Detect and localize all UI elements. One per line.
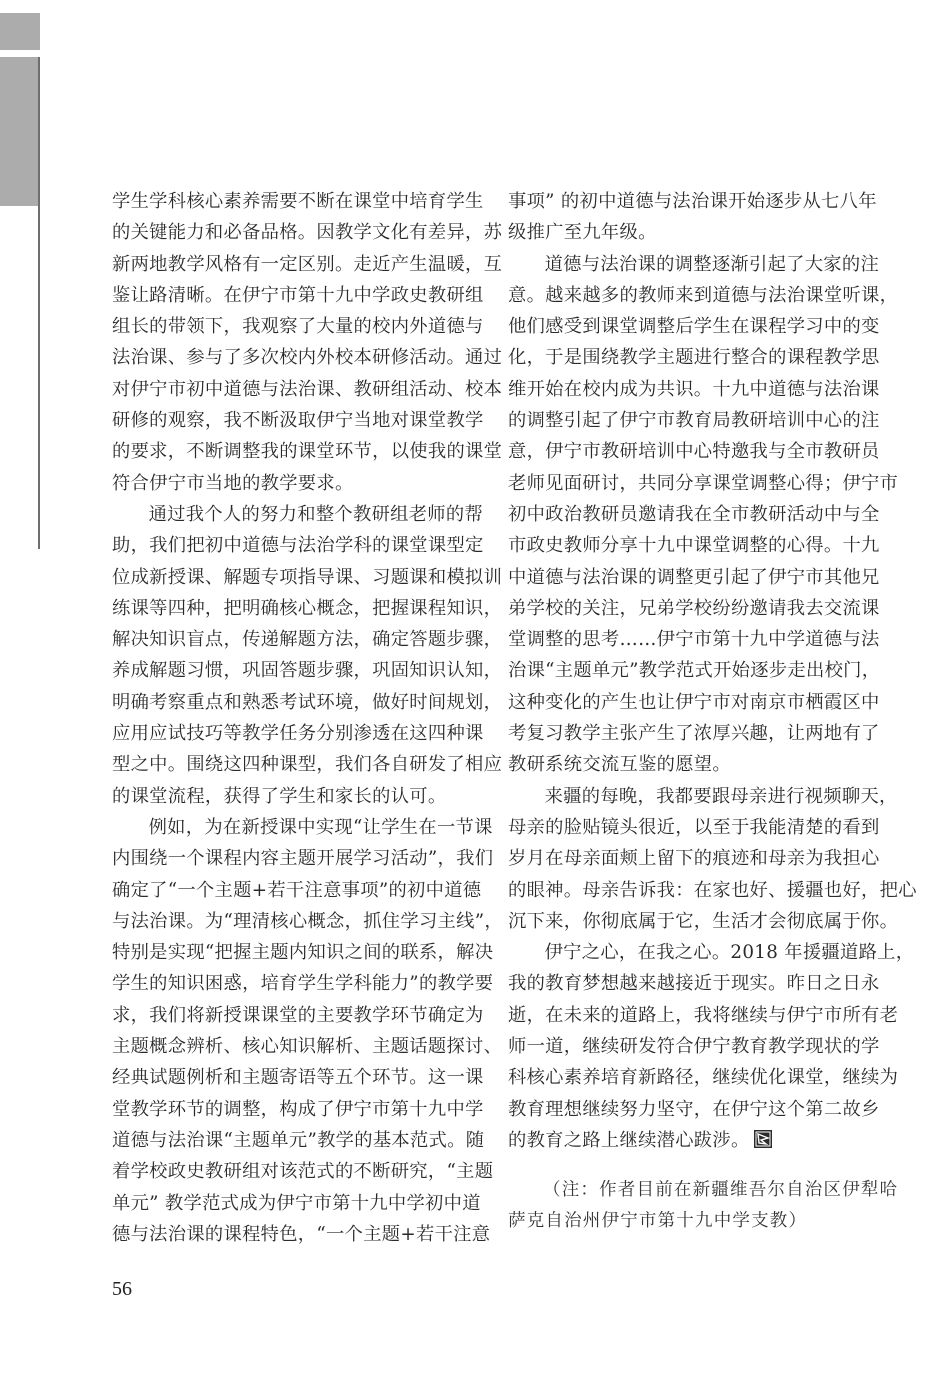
- final-text: 的教育之路上继续潜心跋涉。: [508, 1130, 750, 1151]
- text-line: 岁月在母亲面颊上留下的痕迹和母亲为我担心: [508, 843, 870, 874]
- text-line: 练课等四种，把明确核心概念，把握课程知识，: [112, 593, 474, 624]
- text-line: 初中政治教研员邀请我在全市教研活动中与全: [508, 499, 870, 530]
- text-line: 组长的带领下，我观察了大量的校内外道德与: [112, 311, 474, 342]
- text-line: 科核心素养培育新路径，继续优化课堂，继续为: [508, 1062, 870, 1093]
- text-line: 弟学校的关注，兄弟学校纷纷邀请我去交流课: [508, 593, 870, 624]
- text-line: 学生的知识困惑，培育学生学科能力”的教学要: [112, 968, 474, 999]
- text-line: 位成新授课、解题专项指导课、习题课和模拟训: [112, 562, 474, 593]
- paragraph-7: 伊宁之心，在我之心。2018 年援疆道路上， 我的教育梦想越来越接近于现实。昨日…: [508, 937, 870, 1156]
- text-line: 主题概念辨析、核心知识解析、主题话题探讨、: [112, 1031, 474, 1062]
- text-line: 德与法治课的课程特色，“一个主题+若干注意: [112, 1219, 474, 1250]
- text-line: 通过我个人的努力和整个教研组老师的帮: [112, 499, 474, 530]
- paragraph-2: 通过我个人的努力和整个教研组老师的帮 助，我们把初中道德与法治学科的课堂课型定 …: [112, 499, 474, 812]
- text-line: 这种变化的产生也让伊宁市对南京市栖霞区中: [508, 687, 870, 718]
- text-line: 法治课、参与了多次校内外校本研修活动。通过: [112, 342, 474, 373]
- text-line: 考复习教学主张产生了浓厚兴趣，让两地有了: [508, 718, 870, 749]
- text-line: 逝，在未来的道路上，我将继续与伊宁市所有老: [508, 1000, 870, 1031]
- text-line: 应用应试技巧等教学任务分别渗透在这四种课: [112, 718, 474, 749]
- text-line: 市政史教师分享十九中课堂调整的心得。十九: [508, 530, 870, 561]
- text-line: 教育理想继续努力坚守，在伊宁这个第二故乡: [508, 1094, 870, 1125]
- text-line: 治课“主题单元”教学范式开始逐步走出校门，: [508, 655, 870, 686]
- text-line: 特别是实现“把握主题内知识之间的联系，解决: [112, 937, 474, 968]
- text-line: 养成解题习惯，巩固答题步骤，巩固知识认知，: [112, 655, 474, 686]
- text-line: 助，我们把初中道德与法治学科的课堂课型定: [112, 530, 474, 561]
- text-line: 伊宁之心，在我之心。2018 年援疆道路上，: [508, 937, 870, 968]
- text-line: 例如，为在新授课中实现“让学生在一节课: [112, 812, 474, 843]
- text-line: 老师见面研讨，共同分享课堂调整心得；伊宁市: [508, 468, 870, 499]
- text-line: 鉴让路清晰。在伊宁市第十九中学政史教研组: [112, 280, 474, 311]
- text-line: 沉下来，你彻底属于它，生活才会彻底属于你。: [508, 906, 870, 937]
- text-line: 解决知识盲点，传递解题方法，确定答题步骤，: [112, 624, 474, 655]
- margin-vertical-rule: [38, 57, 40, 549]
- text-line: 我的教育梦想越来越接近于现实。昨日之日永: [508, 968, 870, 999]
- text-line: 道德与法治课的调整逐渐引起了大家的注: [508, 249, 870, 280]
- text-line: 化，于是围绕教学主题进行整合的课程教学思: [508, 342, 870, 373]
- text-line: 求，我们将新授课课堂的主要教学环节确定为: [112, 1000, 474, 1031]
- text-line: 母亲的脸贴镜头很近，以至于我能清楚的看到: [508, 812, 870, 843]
- paragraph-3: 例如，为在新授课中实现“让学生在一节课 内围绕一个课程内容主题开展学习活动”，我…: [112, 812, 474, 1250]
- page-number: 56: [112, 1278, 132, 1301]
- end-of-article-icon: [754, 1130, 772, 1148]
- text-line: 的课堂流程，获得了学生和家长的认可。: [112, 781, 474, 812]
- text-line: 师一道，继续研发符合伊宁教育教学现状的学: [508, 1031, 870, 1062]
- text-line: 明确考察重点和熟悉考试环境，做好时间规划，: [112, 687, 474, 718]
- paragraph-5: 道德与法治课的调整逐渐引起了大家的注 意。越来越多的教师来到道德与法治课堂听课，…: [508, 249, 870, 781]
- paragraph-1: 学生学科核心素养需要不断在课堂中培育学生 的关键能力和必备品格。因教学文化有差异…: [112, 186, 474, 499]
- text-line: 意。越来越多的教师来到道德与法治课堂听课，: [508, 280, 870, 311]
- text-line: 内围绕一个课程内容主题开展学习活动”，我们: [112, 843, 474, 874]
- text-line: 新两地教学风格有一定区别。走近产生温暖，互: [112, 249, 474, 280]
- text-line: 他们感受到课堂调整后学生在课程学习中的变: [508, 311, 870, 342]
- text-line: 中道德与法治课的调整更引起了伊宁市其他兄: [508, 562, 870, 593]
- left-text-column: 学生学科核心素养需要不断在课堂中培育学生 的关键能力和必备品格。因教学文化有差异…: [112, 186, 474, 1250]
- text-line: 经典试题例析和主题寄语等五个环节。这一课: [112, 1062, 474, 1093]
- text-line: 堂教学环节的调整，构成了伊宁市第十九中学: [112, 1094, 474, 1125]
- text-line: 意，伊宁市教研培训中心特邀我与全市教研员: [508, 436, 870, 467]
- note-line: 萨克自治州伊宁市第十九中学支教）: [508, 1206, 870, 1237]
- right-text-column: 事项” 的初中道德与法治课开始逐步从七八年 级推广至九年级。 道德与法治课的调整…: [508, 186, 870, 1156]
- author-note: （注：作者目前在新疆维吾尔自治区伊犁哈 萨克自治州伊宁市第十九中学支教）: [508, 1175, 870, 1237]
- margin-tab-top: [0, 13, 40, 50]
- text-line: 的调整引起了伊宁市教育局教研培训中心的注: [508, 405, 870, 436]
- text-line: 道德与法治课“主题单元”教学的基本范式。随: [112, 1125, 474, 1156]
- text-line: 研修的观察，我不断汲取伊宁当地对课堂教学: [112, 405, 474, 436]
- note-line: （注：作者目前在新疆维吾尔自治区伊犁哈: [508, 1175, 870, 1206]
- text-line: 符合伊宁市当地的教学要求。: [112, 468, 474, 499]
- text-line: 教研系统交流互鉴的愿望。: [508, 749, 870, 780]
- text-line: 单元” 教学范式成为伊宁市第十九中学初中道: [112, 1188, 474, 1219]
- text-line: 对伊宁市初中道德与法治课、教研组活动、校本: [112, 374, 474, 405]
- text-line: 级推广至九年级。: [508, 217, 870, 248]
- text-line-final: 的教育之路上继续潜心跋涉。: [508, 1125, 870, 1156]
- paragraph-4: 事项” 的初中道德与法治课开始逐步从七八年 级推广至九年级。: [508, 186, 870, 249]
- text-line: 堂调整的思考……伊宁市第十九中学道德与法: [508, 624, 870, 655]
- text-line: 型之中。围绕这四种课型，我们各自研发了相应: [112, 749, 474, 780]
- margin-tab-section: [0, 57, 38, 206]
- paragraph-6: 来疆的每晚，我都要跟母亲进行视频聊天， 母亲的脸贴镜头很近，以至于我能清楚的看到…: [508, 781, 870, 937]
- text-line: 与法治课。为“理清核心概念，抓住学习主线”，: [112, 906, 474, 937]
- text-line: 来疆的每晚，我都要跟母亲进行视频聊天，: [508, 781, 870, 812]
- text-line: 确定了“一个主题+若干注意事项”的初中道德: [112, 875, 474, 906]
- text-line: 维开始在校内成为共识。十九中道德与法治课: [508, 374, 870, 405]
- text-line: 学生学科核心素养需要不断在课堂中培育学生: [112, 186, 474, 217]
- text-line: 着学校政史教研组对该范式的不断研究，“主题: [112, 1156, 474, 1187]
- text-line: 事项” 的初中道德与法治课开始逐步从七八年: [508, 186, 870, 217]
- text-line: 的要求，不断调整我的课堂环节，以使我的课堂: [112, 436, 474, 467]
- text-line: 的眼神。母亲告诉我：在家也好、援疆也好，把心: [508, 875, 870, 906]
- text-line: 的关键能力和必备品格。因教学文化有差异，苏: [112, 217, 474, 248]
